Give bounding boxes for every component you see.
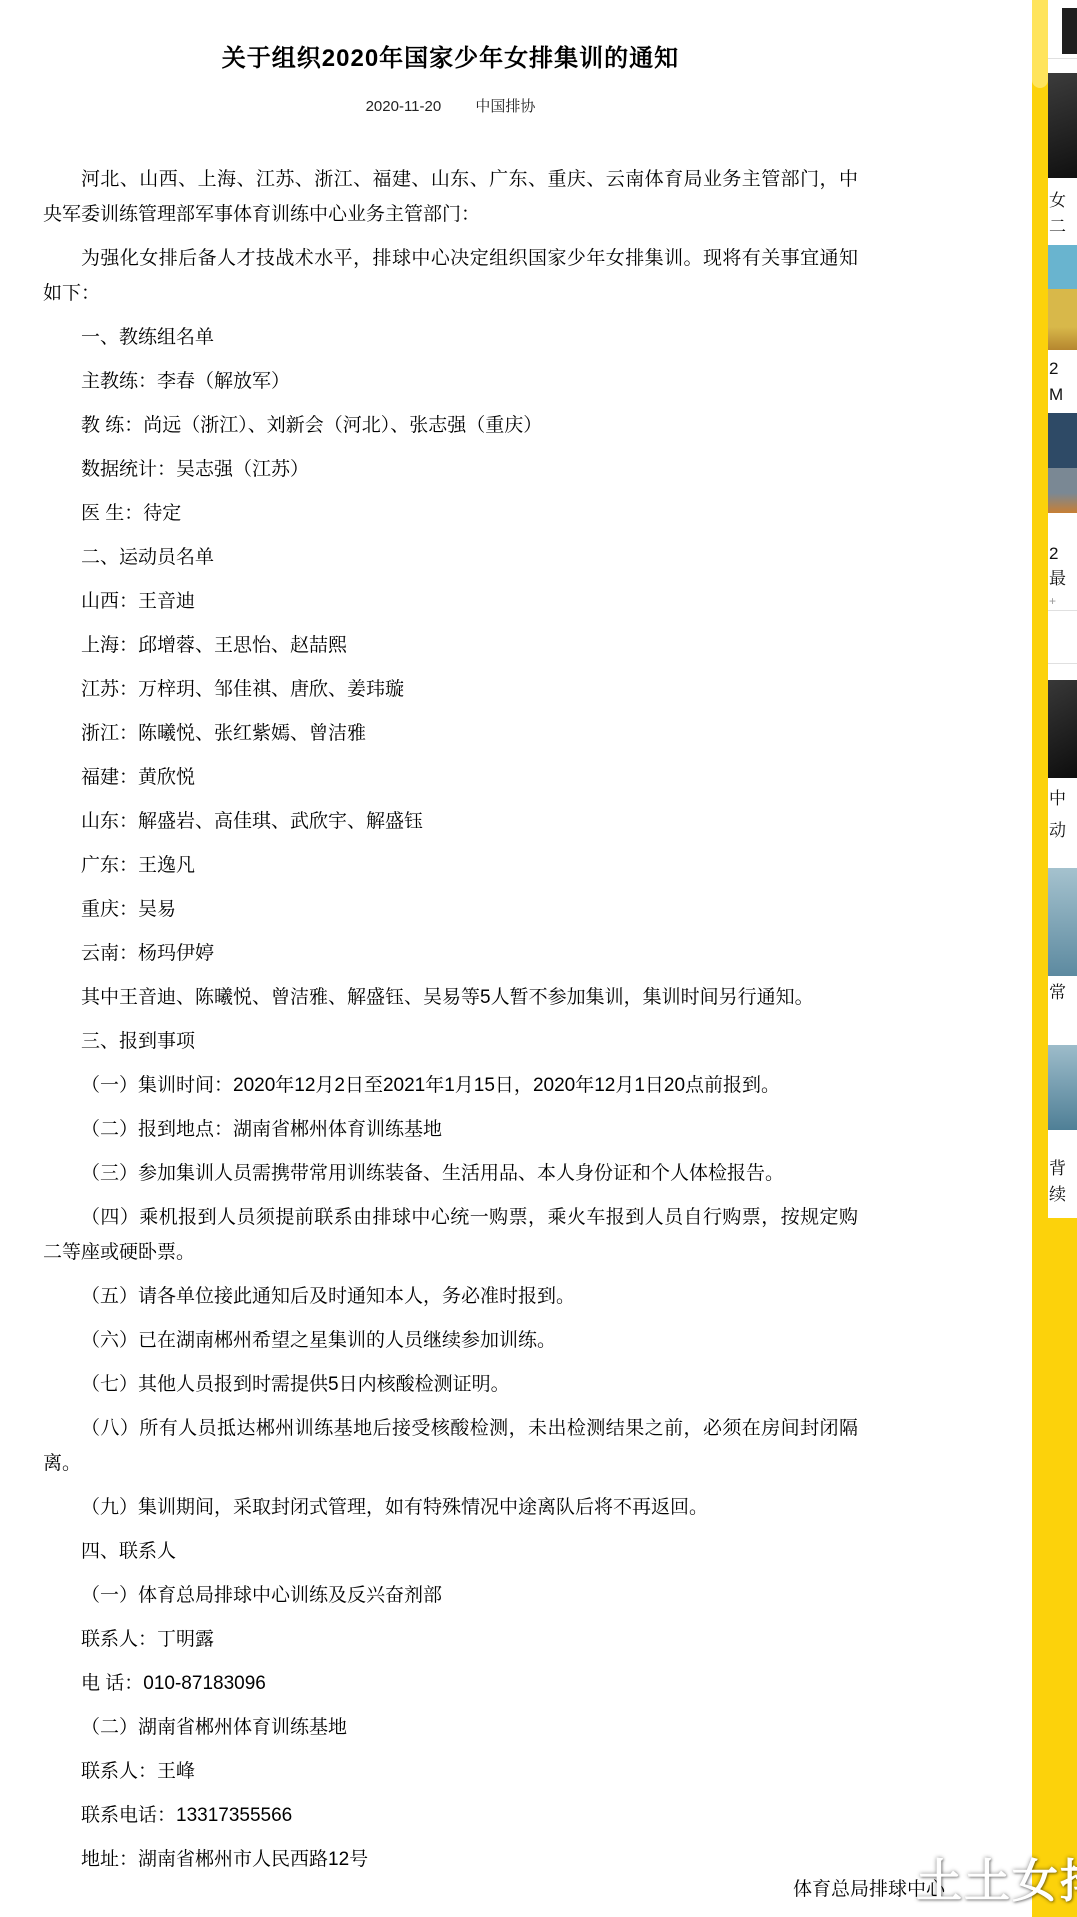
article-title-fragment[interactable]: 女 <box>1049 192 1077 209</box>
watermark-logo: 土土女排 <box>916 1845 1077 1911</box>
paragraph: 浙江：陈曦悦、张红紫嫣、曾洁雅 <box>43 716 858 751</box>
paragraph: 广东：王逸凡 <box>43 848 858 883</box>
article-title-fragment[interactable]: 中 <box>1049 790 1077 807</box>
paragraph: 三、报到事项 <box>43 1024 858 1059</box>
paragraph: 福建：黄欣悦 <box>43 760 858 795</box>
signature-line: 体育总局排球中心 <box>0 1874 945 1901</box>
paragraph: （一）体育总局排球中心训练及反兴奋剂部 <box>43 1578 858 1613</box>
article-meta: 2020-11-20 中国排协 <box>43 95 858 116</box>
paragraph: 医 生：待定 <box>43 496 858 531</box>
article-thumbnail[interactable] <box>1048 868 1077 976</box>
article-thumbnail[interactable] <box>1048 413 1077 513</box>
article-title-fragment[interactable]: 2 <box>1049 545 1077 562</box>
paragraph: 一、教练组名单 <box>43 320 858 355</box>
paragraph: 四、联系人 <box>43 1534 858 1569</box>
paragraph: 二、运动员名单 <box>43 540 858 575</box>
article-title-fragment[interactable]: 2 <box>1049 360 1077 377</box>
notice-document: 关于组织2020年国家少年女排集训的通知 2020-11-20 中国排协 河北、… <box>0 0 1032 1877</box>
divider <box>1048 663 1077 664</box>
article-title-fragment[interactable]: 背 <box>1049 1160 1077 1177</box>
paragraph: 电 话：010-87183096 <box>43 1666 858 1701</box>
paragraph: （四）乘机报到人员须提前联系由排球中心统一购票，乘火车报到人员自行购票，按规定购… <box>43 1200 858 1270</box>
paragraph: 数据统计：吴志强（江苏） <box>43 452 858 487</box>
paragraph: 其中王音迪、陈曦悦、曾洁雅、解盛钰、吴易等5人暂不参加集训，集训时间另行通知。 <box>43 980 858 1015</box>
paragraph: 联系人：王峰 <box>43 1754 858 1789</box>
paragraph: 上海：邱增蓉、王思怡、赵喆熙 <box>43 628 858 663</box>
paragraph: 山西：王音迪 <box>43 584 858 619</box>
paragraph: 为强化女排后备人才技战术水平，排球中心决定组织国家少年女排集训。现将有关事宜通知… <box>43 241 858 311</box>
paragraph: 重庆：吴易 <box>43 892 858 927</box>
article-title-fragment[interactable]: 动 <box>1049 822 1077 839</box>
paragraph: （七）其他人员报到时需提供5日内核酸检测证明。 <box>43 1367 858 1402</box>
paragraph: 河北、山西、上海、江苏、浙江、福建、山东、广东、重庆、云南体育局业务主管部门，中… <box>43 162 858 232</box>
sidebar-article-list: 女 二 2 M 2 最 + 中 动 常 背 续 <box>1048 0 1077 1218</box>
paragraph: 教 练：尚远（浙江）、刘新会（河北）、张志强（重庆） <box>43 408 858 443</box>
article-title-fragment[interactable]: M <box>1049 386 1077 403</box>
document-body: 河北、山西、上海、江苏、浙江、福建、山东、广东、重庆、云南体育局业务主管部门，中… <box>43 162 858 1877</box>
paragraph: （二）湖南省郴州体育训练基地 <box>43 1710 858 1745</box>
article-title-fragment[interactable]: 常 <box>1049 984 1077 1001</box>
page-title: 关于组织2020年国家少年女排集训的通知 <box>43 38 858 73</box>
article-meta-fragment: + <box>1049 595 1077 607</box>
article-title-fragment[interactable]: 续 <box>1049 1186 1077 1203</box>
paragraph: 地址：湖南省郴州市人民西路12号 <box>43 1842 858 1877</box>
sidebar-top-thumbnail[interactable] <box>1062 8 1077 54</box>
paragraph: 山东：解盛岩、高佳琪、武欣宇、解盛钰 <box>43 804 858 839</box>
paragraph: （三）参加集训人员需携带常用训练装备、生活用品、本人身份证和个人体检报告。 <box>43 1156 858 1191</box>
paragraph: 云南：杨玛伊婷 <box>43 936 858 971</box>
publish-date: 2020-11-20 <box>366 98 442 115</box>
paragraph: （六）已在湖南郴州希望之星集训的人员继续参加训练。 <box>43 1323 858 1358</box>
article-title-fragment[interactable]: 二 <box>1049 218 1077 235</box>
article-thumbnail[interactable] <box>1048 680 1077 778</box>
scrollbar-thumb[interactable] <box>1032 0 1048 88</box>
paragraph: 江苏：万梓玥、邹佳祺、唐欣、姜玮璇 <box>43 672 858 707</box>
divider <box>1048 58 1077 59</box>
source-label: 中国排协 <box>475 98 535 115</box>
paragraph: （八）所有人员抵达郴州训练基地后接受核酸检测，未出检测结果之前，必须在房间封闭隔… <box>43 1411 858 1481</box>
paragraph: 主教练：李春（解放军） <box>43 364 858 399</box>
article-title-fragment[interactable]: 最 <box>1049 570 1077 587</box>
article-thumbnail[interactable] <box>1048 245 1077 350</box>
paragraph: 联系人：丁明露 <box>43 1622 858 1657</box>
paragraph: 联系电话：13317355566 <box>43 1798 858 1833</box>
divider <box>1048 610 1077 611</box>
paragraph: （一）集训时间：2020年12月2日至2021年1月15日，2020年12月1日… <box>43 1068 858 1103</box>
paragraph: （二）报到地点：湖南省郴州体育训练基地 <box>43 1112 858 1147</box>
article-thumbnail[interactable] <box>1048 73 1077 178</box>
paragraph: （五）请各单位接此通知后及时通知本人，务必准时报到。 <box>43 1279 858 1314</box>
article-thumbnail[interactable] <box>1048 1045 1077 1130</box>
paragraph: （九）集训期间，采取封闭式管理，如有特殊情况中途离队后将不再返回。 <box>43 1490 858 1525</box>
article-main-column: 关于组织2020年国家少年女排集训的通知 2020-11-20 中国排协 河北、… <box>0 0 1032 1886</box>
